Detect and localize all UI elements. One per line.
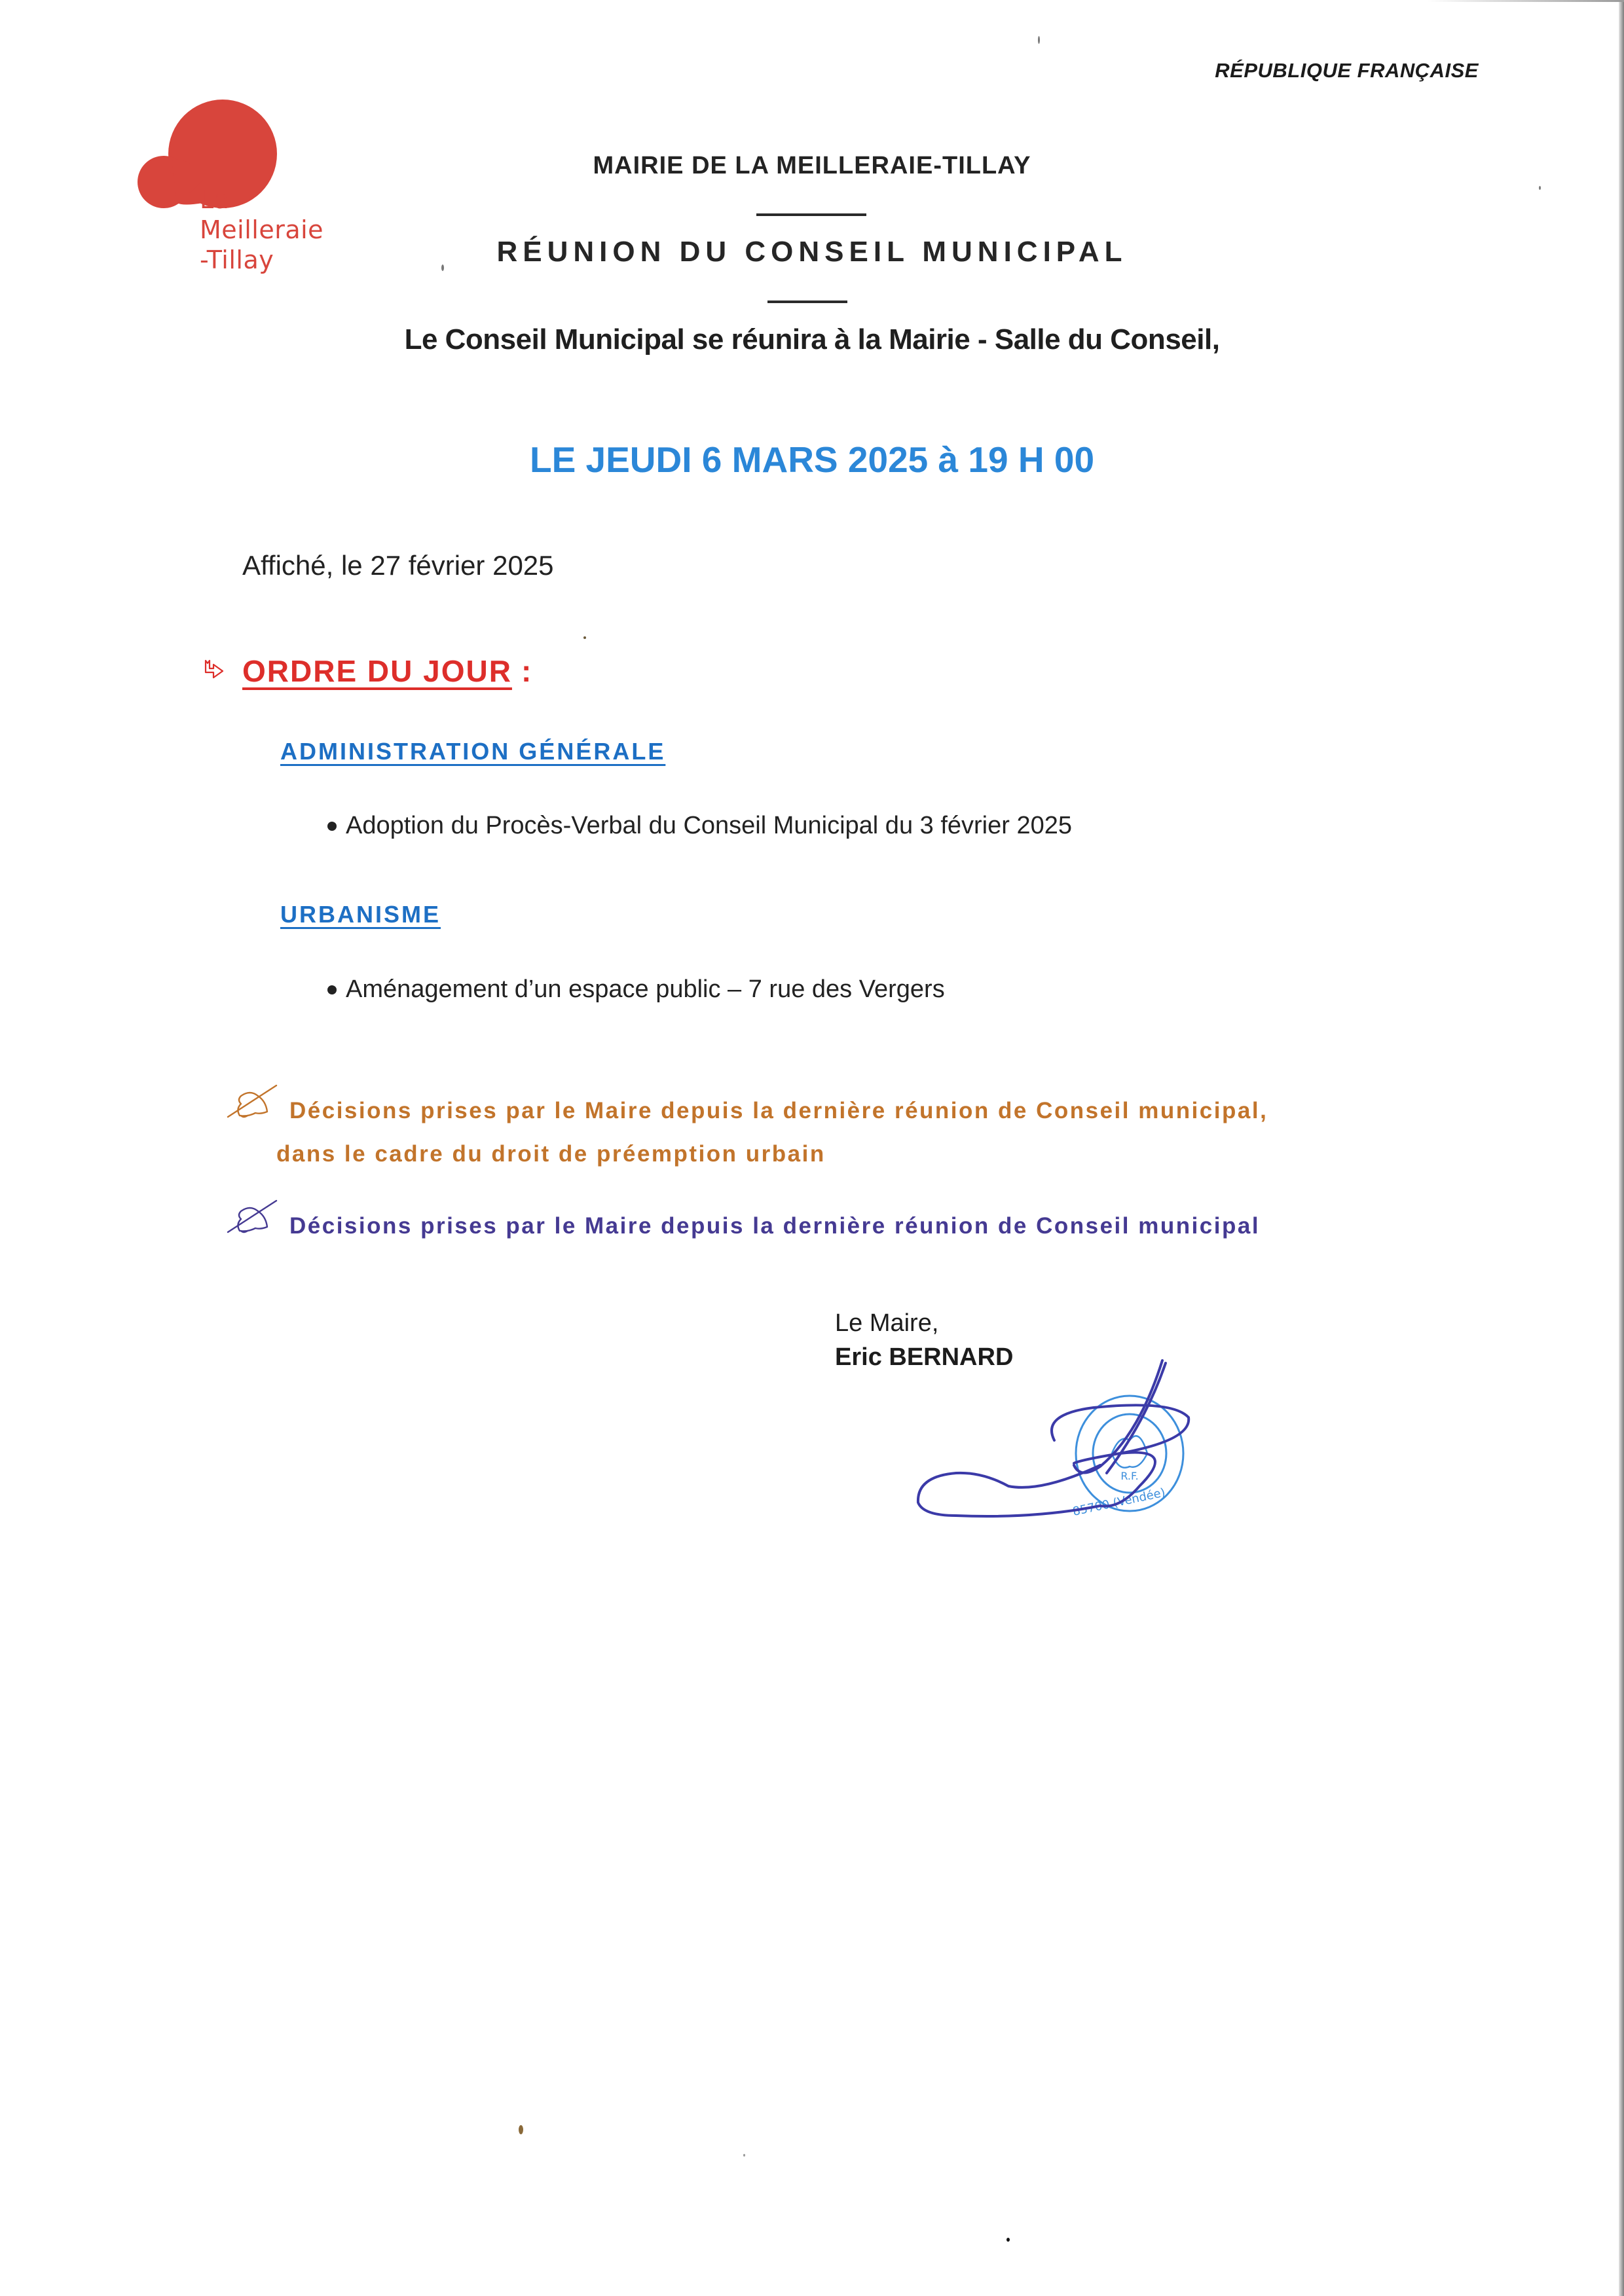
scan-speck: [441, 264, 444, 271]
svg-text:R.F.: R.F.: [1120, 1470, 1138, 1482]
meeting-title: RÉUNION DU CONSEIL MUNICIPAL: [0, 236, 1624, 268]
signature-and-stamp-icon: R.F. 85700 (Vendée): [904, 1355, 1205, 1532]
signatory-role: Le Maire,: [835, 1306, 1013, 1340]
scan-top-edge: [1428, 0, 1624, 2]
bullet-icon: [327, 985, 337, 994]
decisions-preemption: Décisions prises par le Maire depuis la …: [224, 1089, 1268, 1176]
scan-speck: [743, 2154, 745, 2157]
scan-speck: [519, 2125, 523, 2134]
scan-speck: [1006, 2238, 1010, 2242]
mairie-heading: MAIRIE DE LA MEILLERAIE-TILLAY: [0, 152, 1624, 180]
writing-hand-icon: [224, 1083, 280, 1122]
posted-date: Affiché, le 27 février 2025: [242, 550, 554, 581]
scan-speck: [1539, 186, 1541, 190]
divider: [767, 301, 847, 303]
meeting-date: LE JEUDI 6 MARS 2025 à 19 H 00: [0, 439, 1624, 481]
section-urbanisme: URBANISME: [280, 901, 441, 928]
agenda-heading: ORDRE DU JOUR :: [203, 653, 531, 689]
scan-speck: [1038, 36, 1040, 44]
agenda-colon: :: [521, 653, 531, 689]
bullet-icon: [327, 822, 337, 831]
writing-hand-icon: [224, 1198, 280, 1237]
section-administration-generale: ADMINISTRATION GÉNÉRALE: [280, 738, 665, 765]
scan-speck: [583, 636, 586, 639]
republique-francaise-label: RÉPUBLIQUE FRANÇAISE: [1215, 59, 1479, 82]
venue-line: Le Conseil Municipal se réunira à la Mai…: [0, 323, 1624, 356]
divider: [756, 213, 866, 216]
agenda-item: Aménagement d’un espace public – 7 rue d…: [327, 975, 945, 1004]
arrow-right-hook-icon: [203, 658, 229, 684]
decisions-general: Décisions prises par le Maire depuis la …: [224, 1205, 1260, 1248]
agenda-item: Adoption du Procès-Verbal du Conseil Mun…: [327, 812, 1072, 840]
agenda-title: ORDRE DU JOUR: [242, 653, 512, 689]
